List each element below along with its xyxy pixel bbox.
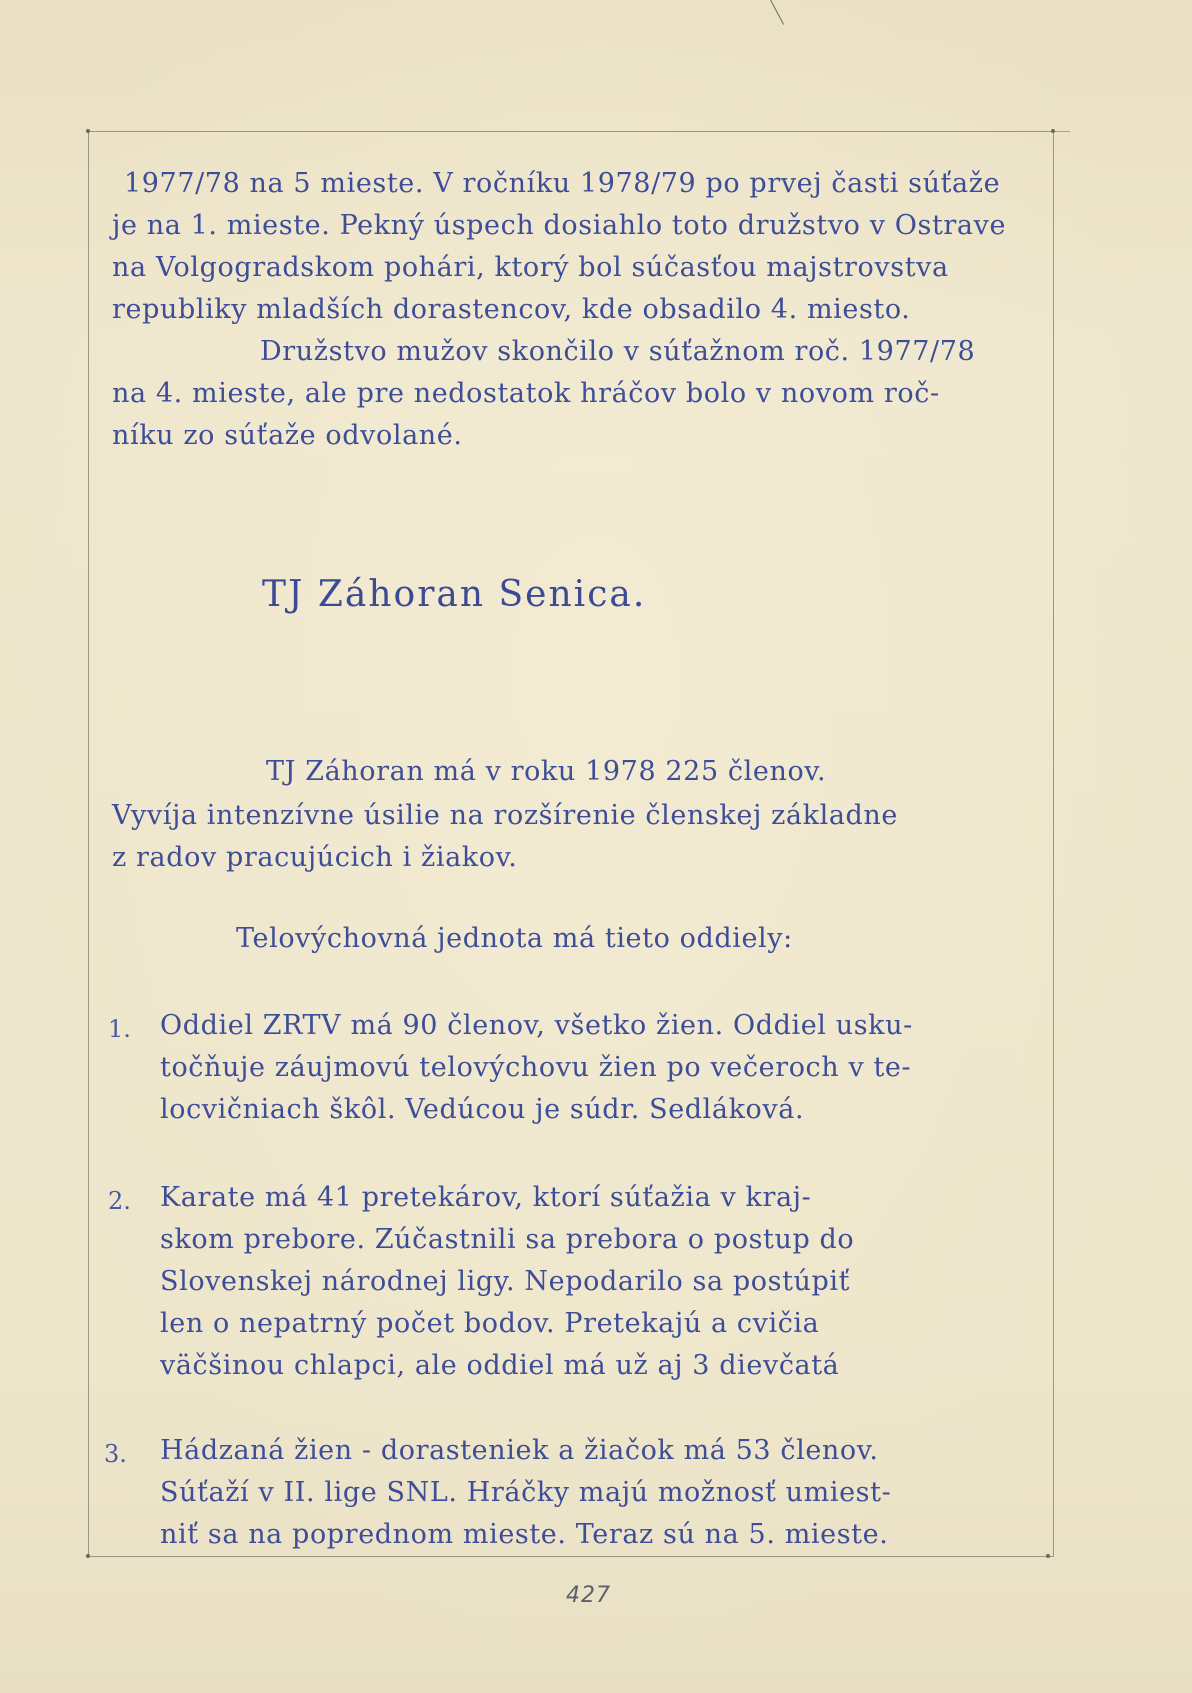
list-number: 3. [104,1440,127,1468]
text-line: locvičniach škôl. Vedúcou je súdr. Sedlá… [160,1094,804,1125]
text-line: na Volgogradskom pohári, ktorý bol súčas… [112,252,949,283]
intro-line: Telovýchovná jednota má tieto oddiely: [236,923,793,954]
text-line: skom prebore. Zúčastnili sa prebora o po… [160,1224,854,1255]
section-heading: TJ Záhoran Senica. [262,574,646,615]
text-line: Oddiel ZRTV má 90 členov, všetko žien. O… [160,1010,913,1041]
list-number: 1. [108,1015,131,1043]
text-line: Vyvíja intenzívne úsilie na rozšírenie č… [112,800,898,831]
text-line: točňuje záujmovú telovýchovu žien po več… [160,1052,911,1083]
text-line: väčšinou chlapci, ale oddiel má už aj 3 … [160,1350,839,1381]
text-line: Karate má 41 pretekárov, ktorí súťažia v… [160,1182,811,1213]
text-line: Slovenskej národnej ligy. Nepodarilo sa … [160,1266,850,1297]
text-line: niť sa na poprednom mieste. Teraz sú na … [160,1519,888,1550]
text-line: 1977/78 na 5 mieste. V ročníku 1978/79 p… [124,168,1000,199]
frame-corner-dot [86,129,90,133]
text-line: TJ Záhoran má v roku 1978 225 členov. [266,756,826,787]
frame-corner-dot [86,1554,90,1558]
frame-corner-dot [1051,129,1055,133]
text-line: republiky mladších dorastencov, kde obsa… [112,294,910,325]
text-line: níku zo súťaže odvolané. [112,420,463,451]
text-line: Hádzaná žien - dorasteniek a žiačok má 5… [160,1435,879,1466]
text-line: je na 1. mieste. Pekný úspech dosiahlo t… [112,210,1006,241]
text-line: Súťaží v II. lige SNL. Hráčky majú možno… [160,1477,891,1508]
text-line: len o nepatrný počet bodov. Pretekajú a … [160,1308,819,1339]
text-line: na 4. mieste, ale pre nedostatok hráčov … [112,378,940,409]
frame-extension [1054,131,1070,132]
list-number: 2. [108,1187,131,1215]
frame-corner-dot [1046,1554,1050,1558]
page-number: 427 [566,1583,611,1608]
text-line: Družstvo mužov skončilo v súťažnom roč. … [260,336,975,367]
text-line: z radov pracujúcich i žiakov. [112,842,517,873]
